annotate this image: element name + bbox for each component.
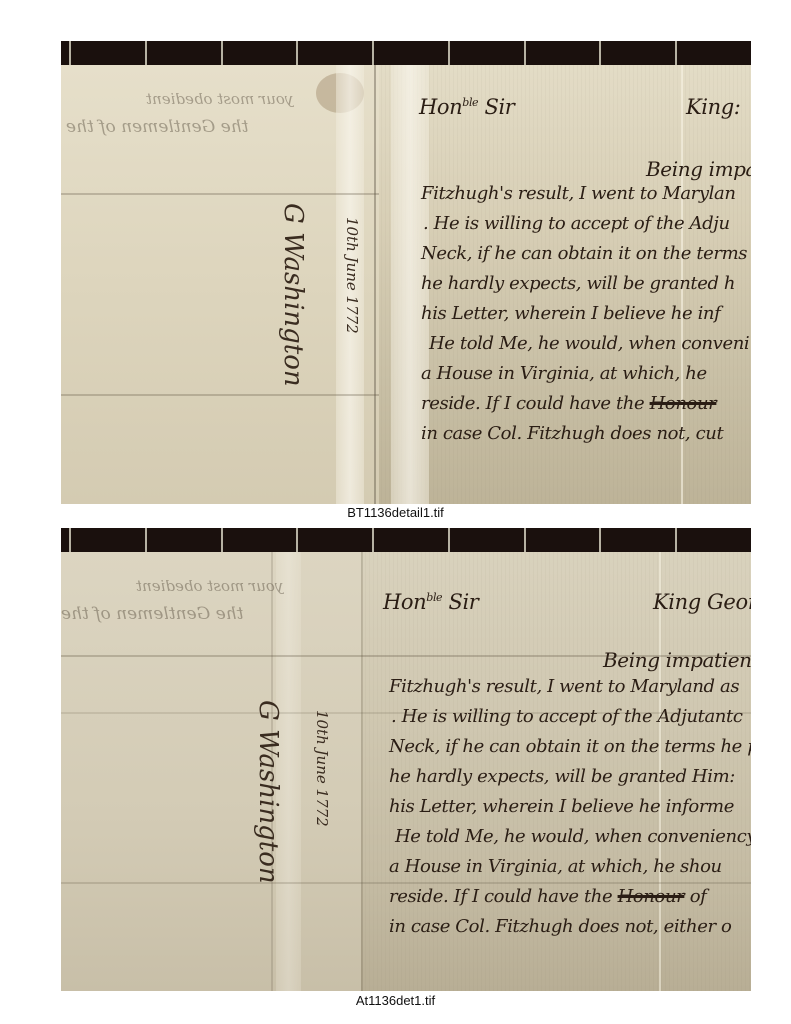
figure-caption: At1136det1.tif	[0, 993, 791, 1008]
letter-paper: your most obedient the Gentlemen of the …	[61, 552, 751, 991]
letter-line: his Letter, wherein I believe he informe	[389, 796, 734, 817]
letter-line: reside. If I could have the	[421, 393, 644, 414]
reverse-bleed-text: the Gentlemen of the	[66, 117, 248, 137]
reverse-bleed-text: your most obedient	[136, 577, 283, 595]
salutation-superscript: ble	[426, 591, 442, 604]
endorsement-date: 10th June 1772	[343, 217, 361, 334]
letter-line: . He is willing to accept of the Adjutan…	[391, 706, 743, 727]
letter-line: He told Me, he would, when conveni	[429, 333, 749, 354]
endorsement-signature: G Washington	[278, 203, 308, 387]
fold-line	[374, 65, 376, 504]
struck-word: Honour	[650, 393, 717, 414]
salutation-superscript: ble	[462, 96, 478, 109]
letter-line: Fitzhugh's result, I went to Maryland as	[389, 676, 739, 697]
figure-caption: BT1136detail1.tif	[0, 505, 791, 520]
letter-line: Neck, if he can obtain it on the terms	[421, 243, 747, 264]
letter-line: Being impatient	[603, 648, 751, 672]
fold-line	[61, 193, 379, 195]
letter-line: in case Col. Fitzhugh does not, either o	[389, 916, 731, 937]
letter-word: of	[690, 886, 707, 907]
letter-line: Neck, if he can obtain it on the terms h…	[389, 736, 751, 757]
letter-paper: your most obedient the Gentlemen of the …	[61, 65, 751, 504]
letter-line: he hardly expects, will be granted h	[421, 273, 735, 294]
reverse-bleed-text: your most obedient	[146, 90, 293, 108]
letter-line: . He is willing to accept of the Adju	[423, 213, 730, 234]
salutation-word: Sir	[484, 95, 514, 119]
scale-bar	[61, 528, 751, 552]
endorsement-date: 10th June 1772	[313, 710, 331, 827]
place-heading: King Georg	[653, 590, 751, 614]
letter-line: his Letter, wherein I believe he inf	[421, 303, 720, 324]
letter-line: reside. If I could have the	[389, 886, 612, 907]
manuscript-photo-1: your most obedient the Gentlemen of the …	[61, 41, 751, 504]
scale-bar	[61, 41, 751, 65]
salutation-word: Sir	[448, 590, 478, 614]
letter-line: Being impati	[646, 157, 751, 181]
struck-word: Honour	[618, 886, 685, 907]
endorsement-signature: G Washington	[253, 700, 283, 884]
fold-line	[61, 394, 379, 396]
letter-line: Fitzhugh's result, I went to Marylan	[421, 183, 736, 204]
letter-line: he hardly expects, will be granted Him:	[389, 766, 735, 787]
fold-line	[61, 882, 751, 884]
letter-line: in case Col. Fitzhugh does not, cut	[421, 423, 723, 444]
salutation: Hon	[419, 95, 462, 119]
manuscript-photo-2: your most obedient the Gentlemen of the …	[61, 528, 751, 991]
reverse-bleed-text: the Gentlemen of the	[61, 604, 243, 624]
fold-line	[361, 552, 363, 991]
salutation: Hon	[383, 590, 426, 614]
letter-line: a House in Virginia, at which, he	[421, 363, 707, 384]
place-heading: King:	[686, 95, 740, 119]
letter-line: a House in Virginia, at which, he shou	[389, 856, 722, 877]
letter-line: He told Me, he would, when conveniency	[395, 826, 751, 847]
